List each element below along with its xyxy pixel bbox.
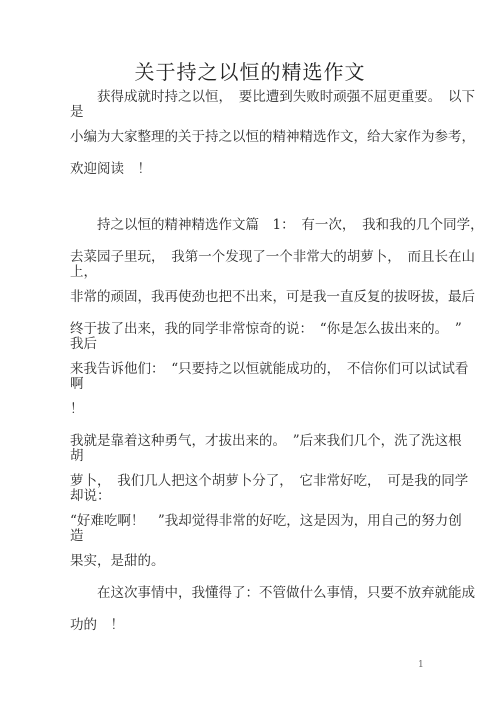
text-line: 我就是靠着这种勇气，才拔出来的。 ”后来我们几个，洗了洗这根 胡 xyxy=(70,434,430,464)
line-text: 萝卜， 我们几人把这个胡萝卜分了， 它非常好吃， 可是我的同学 xyxy=(70,474,430,489)
line-text: 我就是靠着这种勇气，才拔出来的。 ”后来我们几个，洗了洗这根 xyxy=(70,434,430,449)
line-wrap: 造 xyxy=(70,529,430,544)
text-line: 在这次事情中，我懂得了：不管做什么事情，只要不放弃就能成 xyxy=(70,586,430,601)
line-wrap: 啊 xyxy=(70,377,430,392)
line-text: 来我告诉他们： “只要持之以恒就能成功的， 不信你们可以试试看 xyxy=(70,362,430,377)
document-title: 关于持之以恒的精选作文 xyxy=(0,56,500,85)
line-text: 果实，是甜的。 xyxy=(70,554,430,569)
text-line: 来我告诉他们： “只要持之以恒就能成功的， 不信你们可以试试看 啊 xyxy=(70,362,430,392)
text-line: 终于拔了出来，我的同学非常惊奇的说： “你是怎么拔出来的。 ” 我后 xyxy=(70,322,430,352)
line-text: 功的 ！ xyxy=(70,618,430,633)
text-line: “好难吃啊！ ”我却觉得非常的好吃，这是因为，用自己的努力创 造 xyxy=(70,514,430,544)
page-number: 1 xyxy=(418,660,424,670)
line-text: 在这次事情中，我懂得了：不管做什么事情，只要不放弃就能成 xyxy=(70,586,430,601)
line-text: 终于拔了出来，我的同学非常惊奇的说： “你是怎么拔出来的。 ” xyxy=(70,322,430,337)
line-wrap: 是 xyxy=(70,105,430,120)
line-text: 非常的顽固，我再使劲也把不出来，可是我一直反复的拔呀拔，最后 xyxy=(70,290,430,305)
text-line: 果实，是甜的。 xyxy=(70,554,430,569)
text-line: 欢迎阅读 ！ xyxy=(70,162,430,177)
line-text: 持之以恒的精神精选作文篇 1： 有一次， 我和我的几个同学， xyxy=(70,218,430,233)
line-wrap: 我后 xyxy=(70,337,430,352)
line-wrap: 上， xyxy=(70,265,430,280)
text-line: 去菜园子里玩， 我第一个发现了一个非常大的胡萝卜， 而且长在山 上， xyxy=(70,250,430,280)
line-wrap: 却说： xyxy=(70,489,430,504)
line-text: “好难吃啊！ ”我却觉得非常的好吃，这是因为，用自己的努力创 xyxy=(70,514,430,529)
text-line: 获得成就时持之以恒， 要比遭到失败时顽强不屈更重要。 以下 是 xyxy=(70,90,430,120)
line-text: ！ xyxy=(70,402,430,417)
text-line: 萝卜， 我们几人把这个胡萝卜分了， 它非常好吃， 可是我的同学 却说： xyxy=(70,474,430,504)
text-line: 非常的顽固，我再使劲也把不出来，可是我一直反复的拔呀拔，最后 xyxy=(70,290,430,305)
line-text: 欢迎阅读 ！ xyxy=(70,162,430,177)
text-line: 持之以恒的精神精选作文篇 1： 有一次， 我和我的几个同学， xyxy=(70,218,430,233)
line-wrap: 胡 xyxy=(70,449,430,464)
text-line: 功的 ！ xyxy=(70,618,430,633)
line-text: 去菜园子里玩， 我第一个发现了一个非常大的胡萝卜， 而且长在山 xyxy=(70,250,430,265)
line-text: 获得成就时持之以恒， 要比遭到失败时顽强不屈更重要。 以下 xyxy=(70,90,430,105)
text-line: ！ xyxy=(70,402,430,417)
text-line: 小编为大家整理的关于持之以恒的精神精选作文，给大家作为参考， xyxy=(70,130,430,145)
line-text: 小编为大家整理的关于持之以恒的精神精选作文，给大家作为参考， xyxy=(70,130,430,145)
